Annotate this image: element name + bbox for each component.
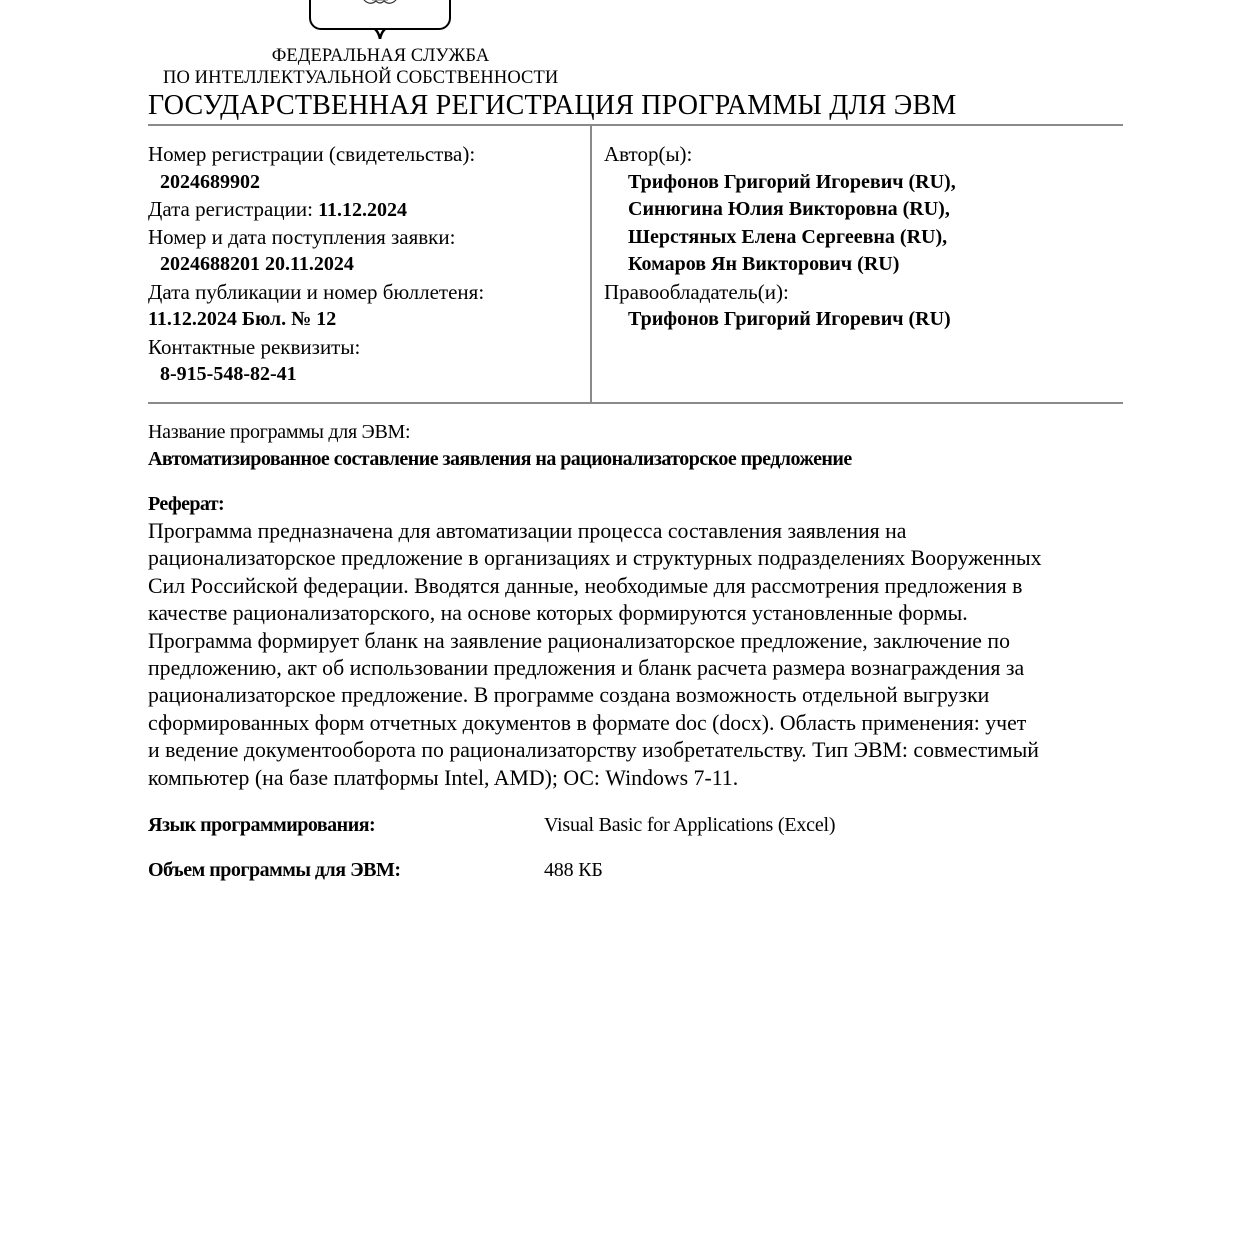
abstract-line: предложению, акт об использовании предло… (148, 655, 1128, 682)
abstract-line: Программа предназначена для автоматизаци… (148, 518, 1128, 545)
emblem-notch-icon (371, 27, 389, 39)
divider-bottom (148, 402, 1123, 404)
author-item: Шерстяных Елена Сергеевна (RU), (604, 224, 1124, 252)
abstract-label: Реферат: (148, 491, 224, 518)
application-value: 2024688201 20.11.2024 (148, 251, 588, 279)
author-item: Комаров Ян Викторович (RU) (604, 251, 1124, 279)
application-label: Номер и дата поступления заявки: (148, 224, 588, 252)
abstract-line: качестве рационализаторского, на основе … (148, 600, 1128, 627)
contacts-label: Контактные реквизиты: (148, 334, 588, 362)
author-item: Трифонов Григорий Игоревич (RU), (604, 169, 1124, 197)
abstract-line: компьютер (на базе платформы Intel, AMD)… (148, 765, 1128, 792)
program-name-label: Название программы для ЭВМ: (148, 419, 410, 446)
agency-name-line1: ФЕДЕРАЛЬНАЯ СЛУЖБА (148, 46, 613, 67)
emblem-ornament-icon (362, 0, 398, 6)
abstract-line: рационализаторское предложение в организ… (148, 545, 1128, 572)
reg-number-label: Номер регистрации (свидетельства): (148, 141, 588, 169)
divider-top (148, 124, 1123, 126)
registration-info: Номер регистрации (свидетельства): 20246… (148, 141, 588, 389)
programming-language-label: Язык программирования: (148, 812, 375, 838)
program-size-label: Объем программы для ЭВМ: (148, 857, 401, 883)
program-size-value: 488 КБ (544, 857, 603, 883)
abstract-text: Программа предназначена для автоматизаци… (148, 518, 1128, 792)
programming-language-value: Visual Basic for Applications (Excel) (544, 812, 835, 838)
reg-date-label: Дата регистрации: (148, 197, 313, 221)
abstract-line: Программа формирует бланк на заявление р… (148, 628, 1128, 655)
publication-value: 11.12.2024 Бюл. № 12 (148, 306, 588, 334)
contacts-value: 8-915-548-82-41 (148, 361, 588, 389)
reg-date-row: Дата регистрации: 11.12.2024 (148, 196, 588, 224)
abstract-line: рационализаторское предложение. В програ… (148, 682, 1128, 709)
document-title: ГОСУДАРСТВЕННАЯ РЕГИСТРАЦИЯ ПРОГРАММЫ ДЛ… (148, 89, 956, 123)
authors-label: Автор(ы): (604, 141, 1124, 169)
abstract-line: сформированных форм отчетных документов … (148, 710, 1128, 737)
divider-vertical (590, 126, 592, 403)
agency-name-line2: ПО ИНТЕЛЛЕКТУАЛЬНОЙ СОБСТВЕННОСТИ (163, 68, 598, 89)
publication-label: Дата публикации и номер бюллетеня: (148, 279, 588, 307)
holder-item: Трифонов Григорий Игоревич (RU) (604, 306, 1124, 334)
parties-info: Автор(ы): Трифонов Григорий Игоревич (RU… (604, 141, 1124, 334)
reg-number-value: 2024689902 (148, 169, 588, 197)
abstract-line: Сил Российской федерации. Вводятся данны… (148, 573, 1128, 600)
holders-label: Правообладатель(и): (604, 279, 1124, 307)
author-item: Синюгина Юлия Викторовна (RU), (604, 196, 1124, 224)
reg-date-value: 11.12.2024 (318, 199, 407, 221)
abstract-line: и ведение документооборота по рационализ… (148, 737, 1128, 764)
program-name: Автоматизированное составление заявления… (148, 446, 852, 473)
